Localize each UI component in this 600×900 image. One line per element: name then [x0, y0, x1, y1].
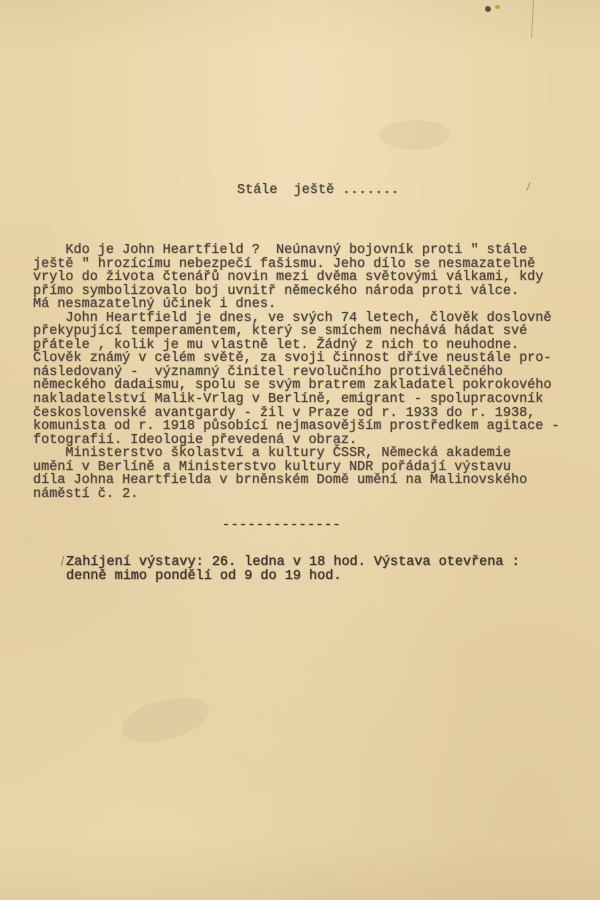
exhibition-opening-info: Zahíjení výstavy: 26. ledna v 18 hod. Vý…	[66, 556, 520, 584]
paper-smudge	[380, 120, 450, 150]
paper-smudge	[116, 689, 213, 751]
document-title: Stále ještě .......	[237, 184, 399, 198]
document-page: Stále ještě ....... Kdo je John Heartfie…	[0, 0, 600, 900]
paper-slash-mark	[526, 182, 530, 191]
paper-speck-dark	[485, 6, 491, 12]
document-body-text: Kdo je John Heartfield ? Neúnavný bojovn…	[33, 244, 560, 501]
separator-dashed-line: --------------	[222, 519, 341, 533]
paper-pen-tick	[61, 556, 64, 566]
paper-scratch	[531, 0, 534, 38]
paper-speck-yellow	[495, 5, 500, 9]
